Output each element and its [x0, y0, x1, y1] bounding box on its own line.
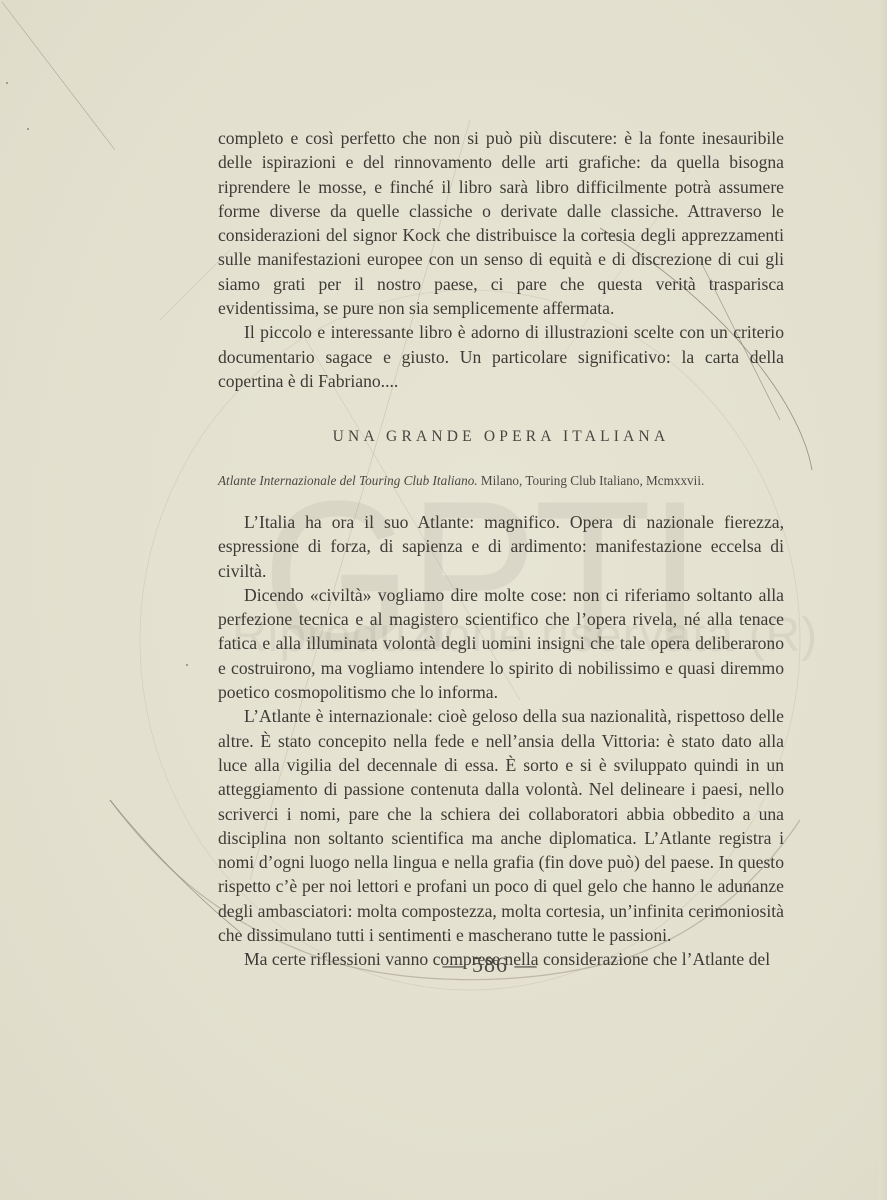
scanned-page: GPTI Riproduzione riservata (R) completo… — [0, 0, 887, 1200]
paragraph: Dicendo «civiltà» vogliamo dire molte co… — [218, 583, 784, 704]
continued-review-text: completo e così perfetto che non si può … — [218, 126, 784, 393]
paragraph: L’Atlante è internazionale: cioè geloso … — [218, 704, 784, 947]
page-edge-shadow — [879, 0, 887, 1200]
citation-publisher: Milano, Touring Club Italiano, Mcmxxvii. — [478, 473, 705, 488]
article-body: L’Italia ha ora il suo Atlante: magnific… — [218, 510, 784, 972]
paper-speck — [27, 128, 29, 130]
citation-title: Atlante Internazionale del Touring Club … — [218, 473, 478, 488]
bibliographic-citation: Atlante Internazionale del Touring Club … — [218, 473, 784, 489]
paper-speck — [186, 664, 188, 666]
paper-speck — [6, 82, 8, 84]
section-heading: UNA GRANDE OPERA ITALIANA — [218, 428, 784, 446]
paragraph: Il piccolo e interessante libro è adorno… — [218, 320, 784, 393]
page-number: — 586 — — [400, 952, 580, 978]
paragraph: L’Italia ha ora il suo Atlante: magnific… — [218, 510, 784, 583]
paragraph: completo e così perfetto che non si può … — [218, 126, 784, 320]
